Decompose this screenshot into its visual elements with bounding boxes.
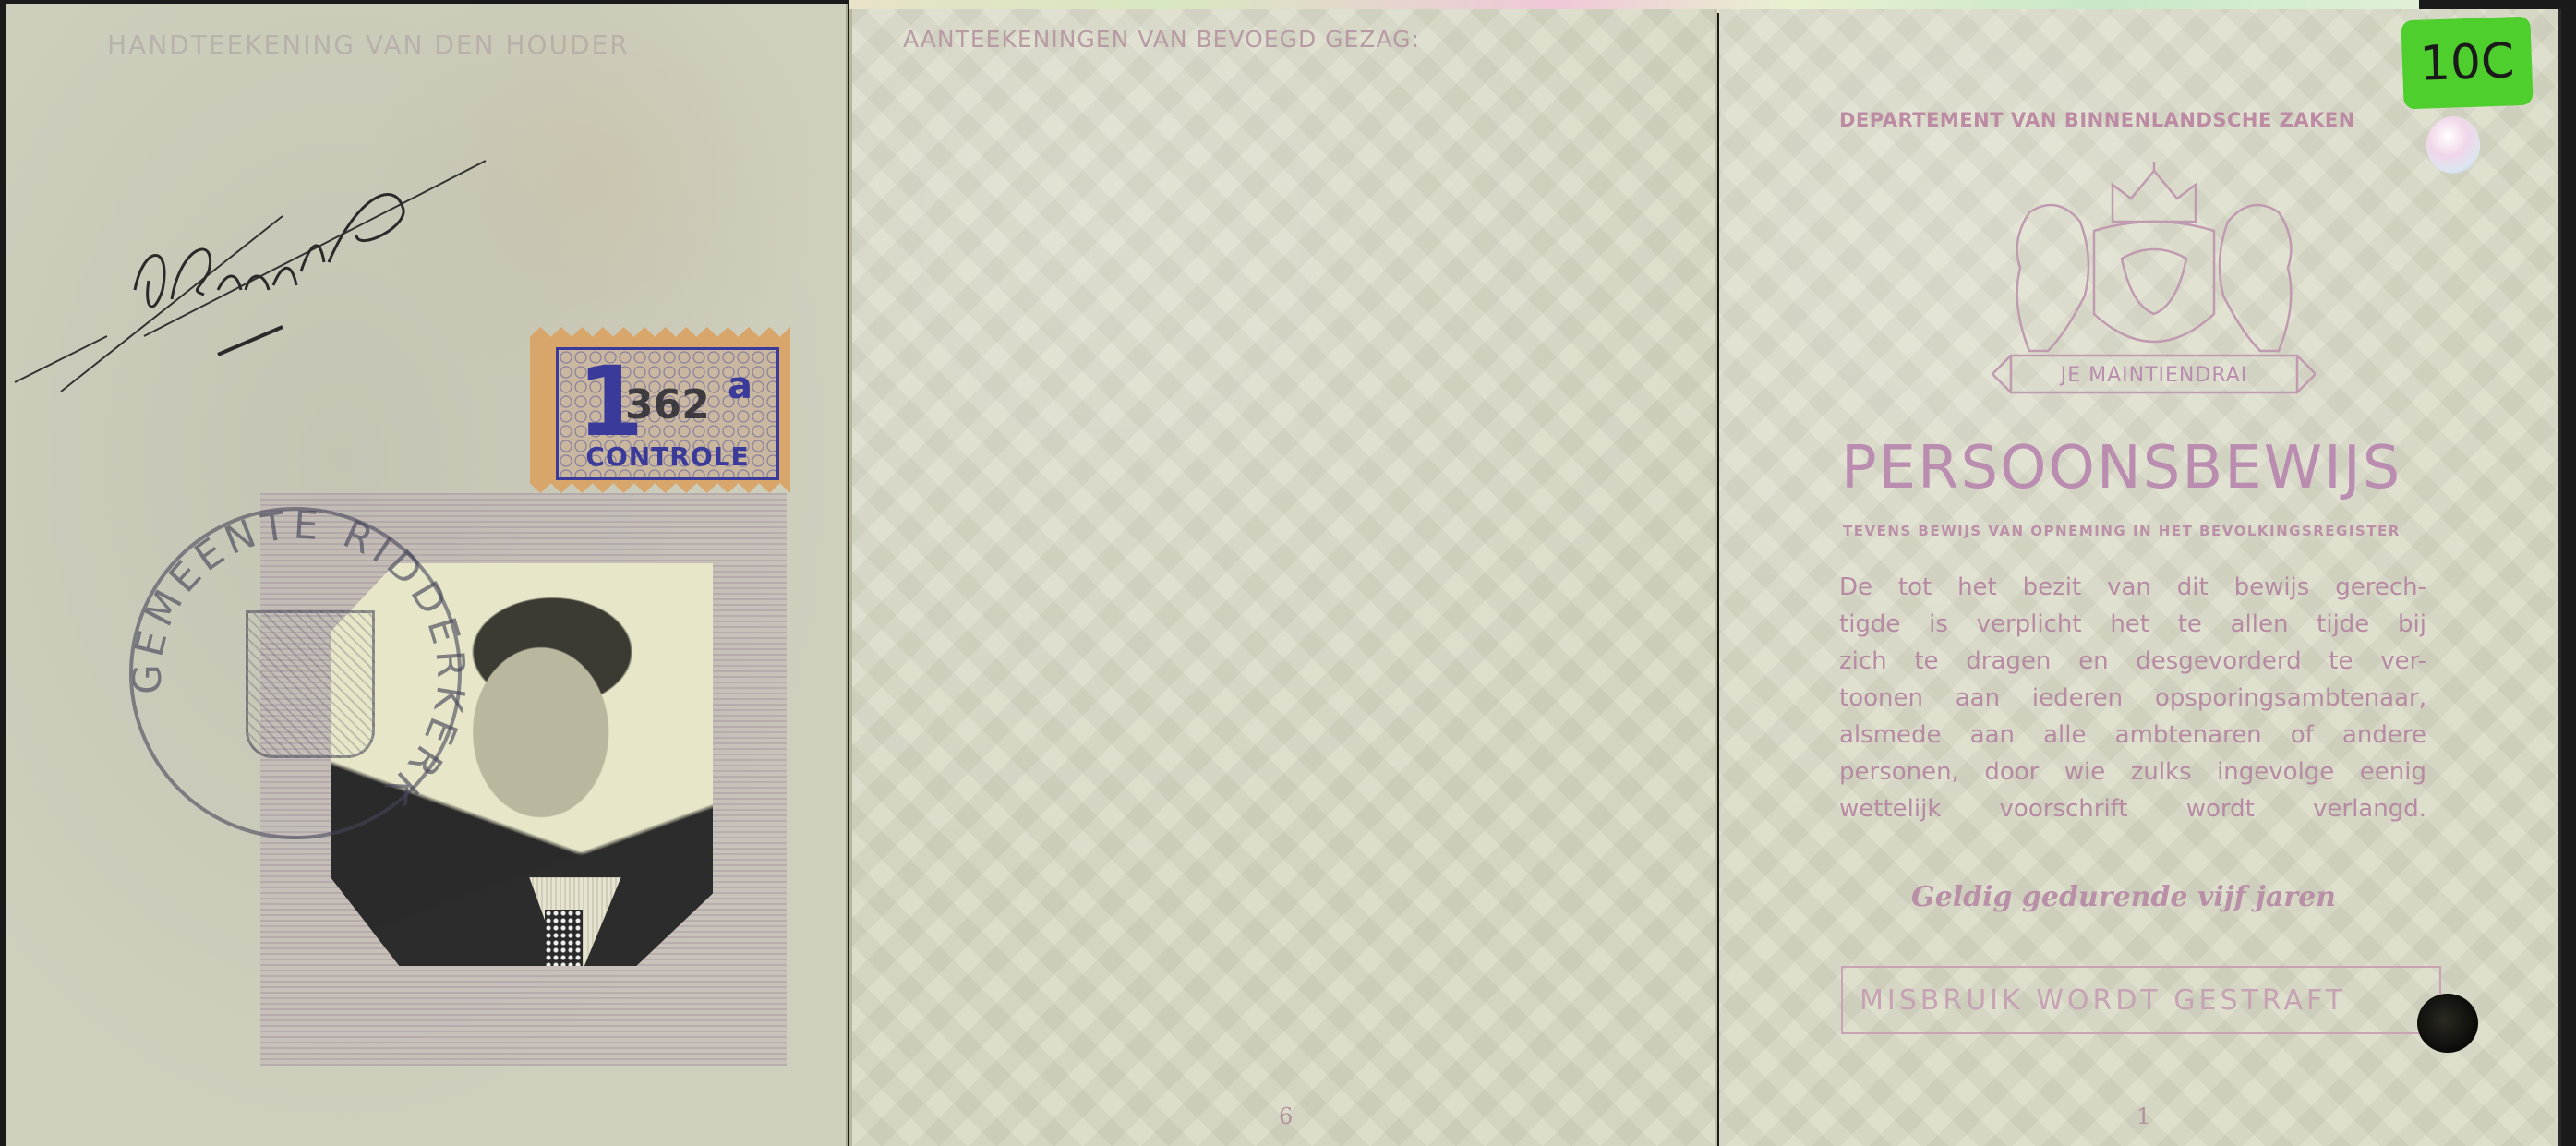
left-page: HANDTEEKENING VAN DEN HOUDER 1 a 362 CON… xyxy=(6,4,848,1146)
stamp-label: CONTROLE xyxy=(559,441,776,472)
archive-label-sticker: 10C xyxy=(2401,17,2533,110)
svg-text:JE MAINTIENDRAI: JE MAINTIENDRAI xyxy=(2059,364,2248,387)
signature-icon xyxy=(6,105,523,401)
validity-notice: Geldig gedurende vijf jaren xyxy=(1911,881,2336,913)
left-page-header: HANDTEEKENING VAN DEN HOUDER xyxy=(107,30,630,60)
document-title: PERSOONSBEWIJS xyxy=(1841,434,2425,502)
right-page: DEPARTEMENT VAN BINNENLANDSCHE ZAKEN JE … xyxy=(1719,9,2561,1146)
municipal-round-stamp: GEMEENTE RIDDERKERK xyxy=(129,507,462,839)
coat-of-arms-icon: JE MAINTIENDRAI xyxy=(1992,157,2316,406)
legal-notice-line: Detothetbezitvanditbewijsgerech- xyxy=(1839,569,2426,606)
municipal-shield-icon xyxy=(246,610,375,758)
annotations-header: AANTEEKENINGEN VAN BEVOEGD GEZAG: xyxy=(903,26,1420,53)
legal-notice-line: zichtedragenendesgevorderdtever- xyxy=(1839,643,2426,680)
legal-notice-line: personen,doorwiezulksingevolgeeenig xyxy=(1839,754,2426,790)
stamp-superscript: a xyxy=(728,365,752,407)
document-subtitle: TEVENS BEWIJS VAN OPNEMING IN HET BEVOLK… xyxy=(1843,523,2426,539)
page-number-middle: 6 xyxy=(1279,1104,1293,1129)
legal-notice-line: alsmedeaanalleambtenarenofandere xyxy=(1839,717,2426,754)
department-header: DEPARTEMENT VAN BINNENLANDSCHE ZAKEN xyxy=(1839,109,2355,131)
punch-hole-bottom xyxy=(2417,994,2478,1053)
punch-hole-top xyxy=(2426,116,2480,174)
misuse-warning: MISBRUIK WORDT GESTRAFT xyxy=(1841,966,2441,1034)
middle-page: AANTEEKENINGEN VAN BEVOEGD GEZAG: 6 xyxy=(849,9,1717,1146)
legal-notice-line: tigdeisverplichthetteallentijdebij xyxy=(1839,606,2426,643)
legal-notice-line: toonenaaniederenopsporingsambtenaar, xyxy=(1839,680,2426,717)
stamp-overprint: 362 xyxy=(625,381,710,428)
page-number-right: 1 xyxy=(2137,1104,2150,1129)
legal-notice-line: wettelijkvoorschriftwordtverlangd. xyxy=(1839,790,2426,827)
photo-tie xyxy=(545,910,583,966)
legal-notice: Detothetbezitvanditbewijsgerech- tigdeis… xyxy=(1839,569,2426,827)
revenue-stamp: 1 a 362 CONTROLE xyxy=(530,327,790,493)
